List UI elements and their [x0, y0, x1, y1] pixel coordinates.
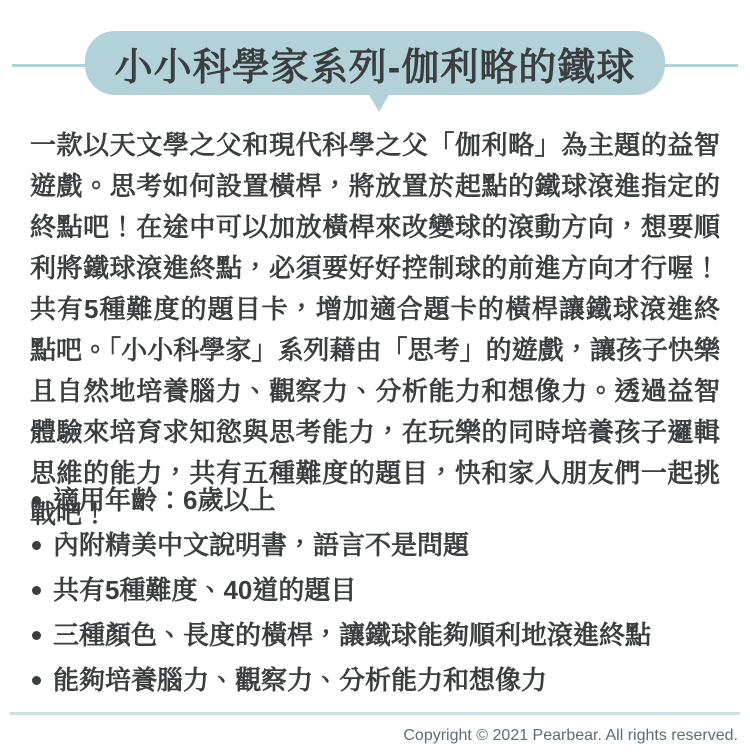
bullet-icon	[32, 586, 41, 595]
feature-text: 能夠培養腦力、觀察力、分析能力和想像力	[53, 666, 547, 694]
bullet-icon	[32, 676, 41, 685]
feature-text: 內附精美中文說明書，語言不是問題	[53, 531, 469, 559]
product-description: 一款以天文學之父和現代科學之父「伽利略」為主題的益智遊戲。思考如何設置橫桿，將放…	[30, 125, 720, 535]
feature-text: 共有5種難度、40道的題目	[53, 576, 356, 604]
header-rule-right	[665, 64, 738, 67]
header-rule-left	[12, 64, 85, 67]
banner-pointer-icon	[368, 93, 390, 112]
bullet-icon	[32, 496, 41, 505]
feature-text: 三種顏色、長度的橫桿，讓鐵球能夠順利地滾進終點	[53, 621, 651, 649]
list-item: 三種顏色、長度的橫桿，讓鐵球能夠順利地滾進終點	[30, 621, 720, 649]
copyright-text: Copyright © 2021 Pearbear. All rights re…	[403, 727, 738, 745]
page-title: 小小科學家系列-伽利略的鐵球	[115, 36, 636, 91]
list-item: 能夠培養腦力、觀察力、分析能力和想像力	[30, 666, 720, 694]
bullet-icon	[32, 631, 41, 640]
bullet-icon	[32, 541, 41, 550]
feature-text: 適用年齡：6歲以上	[53, 486, 275, 514]
footer-divider	[10, 712, 740, 715]
title-banner: 小小科學家系列-伽利略的鐵球	[85, 31, 665, 95]
list-item: 共有5種難度、40道的題目	[30, 576, 720, 604]
list-item: 適用年齡：6歲以上	[30, 486, 720, 514]
feature-list: 適用年齡：6歲以上 內附精美中文說明書，語言不是問題 共有5種難度、40道的題目…	[30, 486, 720, 711]
list-item: 內附精美中文說明書，語言不是問題	[30, 531, 720, 559]
